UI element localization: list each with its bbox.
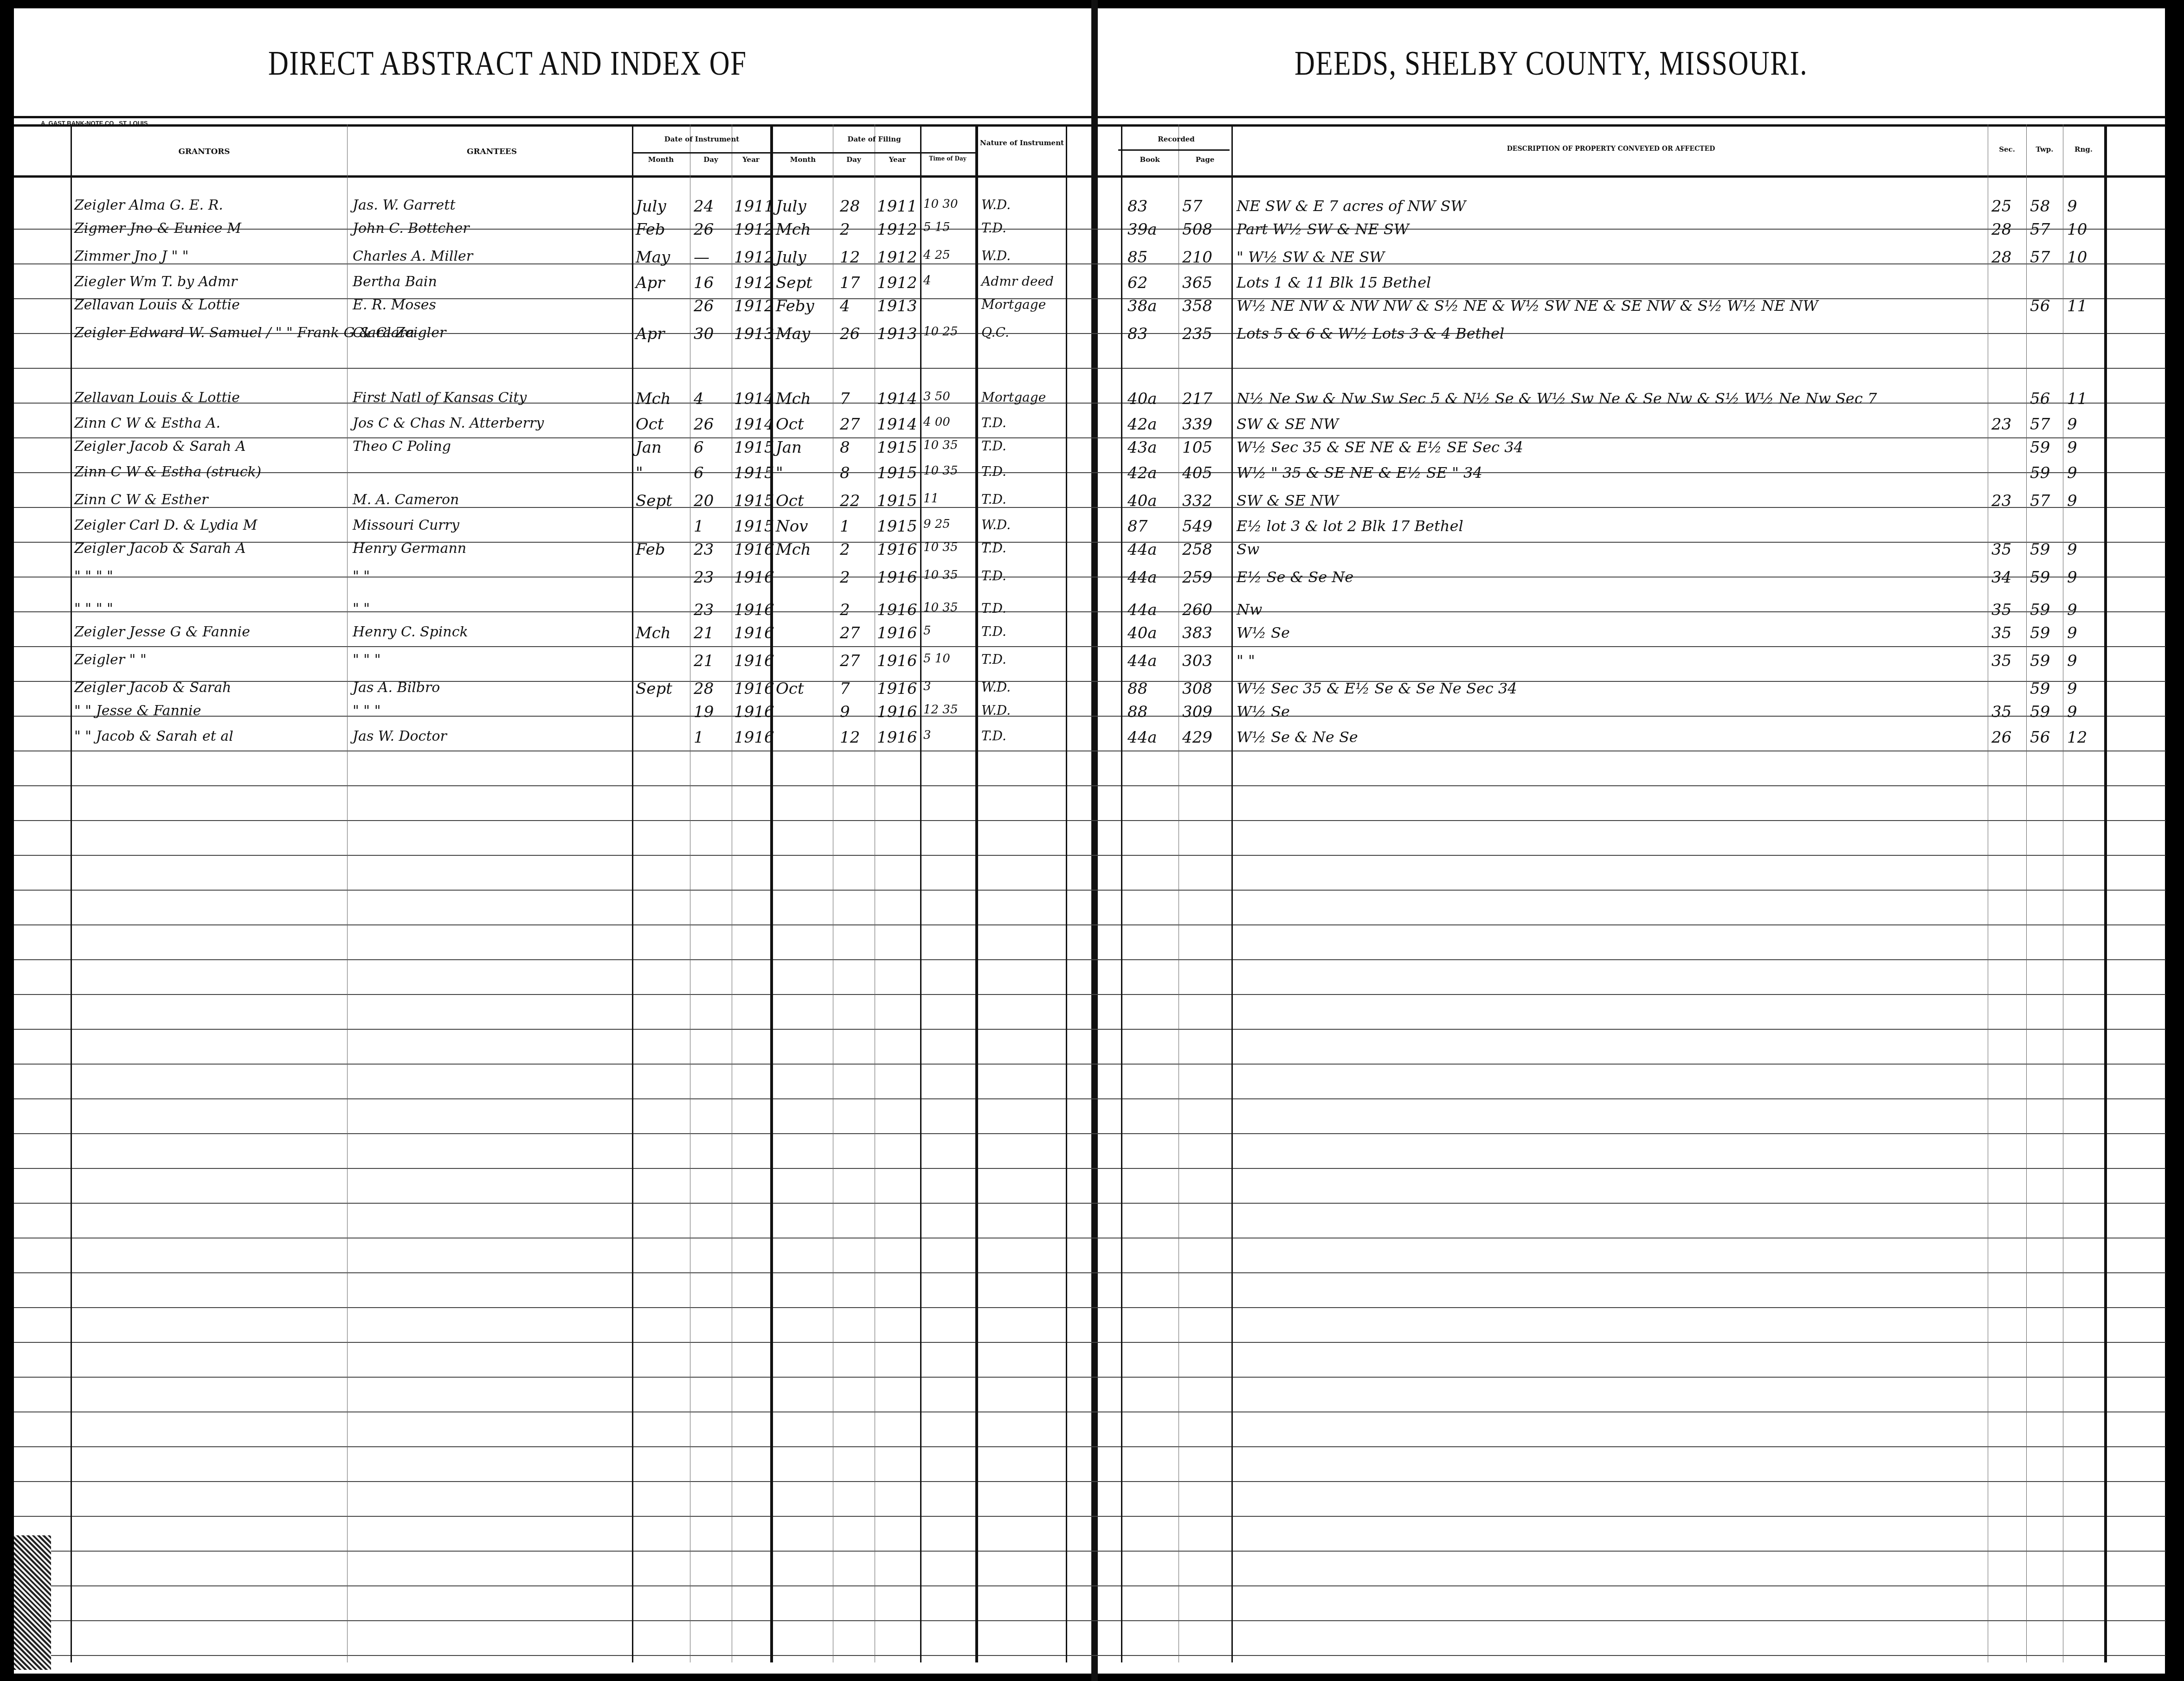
col-rule: [770, 124, 773, 1662]
grantee-cell: Charles A. Miller: [353, 248, 473, 264]
instrument-month-cell: Apr: [636, 274, 665, 292]
sec-cell: 23: [1991, 415, 2011, 434]
col-rule: [347, 124, 348, 1662]
grantor-cell: Zinn C W & Esther: [74, 492, 208, 508]
book-cell: 42a: [1127, 464, 1157, 482]
instrument-year-cell: 1916: [734, 703, 774, 721]
col-rule: [833, 124, 833, 1662]
description-cell: W½ Se: [1237, 703, 1290, 720]
rng-cell: 9: [2067, 652, 2077, 670]
time-of-day-cell: 11: [923, 492, 939, 506]
filing-day-cell: 2: [840, 540, 850, 559]
sec-cell: 34: [1991, 568, 2011, 587]
header-time-of-day: Time of Day: [920, 156, 975, 162]
description-cell: Lots 5 & 6 & W½ Lots 3 & 4 Bethel: [1237, 325, 1504, 342]
filing-day-cell: 2: [840, 568, 850, 587]
filing-day-cell: 9: [840, 703, 850, 721]
description-cell: NE SW & E 7 acres of NW SW: [1237, 197, 1466, 215]
filing-year-cell: 1912: [877, 220, 917, 239]
ledger-row: Zeigler Edward W. Samuel / " " Frank G &…: [0, 325, 2184, 353]
instrument-year-cell: 1915: [734, 464, 774, 482]
header-date-of-instrument: Date of Instrument: [633, 135, 770, 143]
grantor-cell: Zeigler Jacob & Sarah A: [74, 438, 246, 455]
page-cell: 429: [1182, 728, 1212, 747]
time-of-day-cell: 10 35: [923, 464, 958, 478]
header-date-of-filing: Date of Filing: [773, 135, 975, 143]
filing-day-cell: 17: [840, 274, 860, 292]
header-file-day: Day: [833, 156, 875, 164]
header-inst-day: Day: [690, 156, 732, 164]
filing-day-cell: 8: [840, 438, 850, 457]
twp-cell: 56: [2030, 297, 2050, 315]
header-grantors: GRANTORS: [158, 148, 251, 156]
page-cell: 309: [1182, 703, 1212, 721]
book-cell: 39a: [1127, 220, 1157, 239]
filing-day-cell: 28: [840, 197, 860, 216]
time-of-day-cell: 4: [923, 274, 931, 288]
description-cell: W½ Se: [1237, 624, 1290, 642]
instrument-day-cell: 26: [694, 415, 714, 434]
instrument-month-cell: ": [636, 464, 643, 482]
filing-year-cell: 1915: [877, 492, 917, 510]
grantee-cell: Jas A. Bilbro: [353, 680, 440, 696]
twp-cell: 56: [2030, 390, 2050, 408]
grantor-cell: " " Jacob & Sarah et al: [74, 728, 233, 744]
filing-year-cell: 1916: [877, 728, 917, 747]
filing-month-cell: Feby: [776, 297, 814, 315]
grantor-cell: " " " ": [74, 568, 113, 584]
page-cell: 217: [1182, 390, 1212, 408]
page-cell: 259: [1182, 568, 1212, 587]
filing-year-cell: 1916: [877, 568, 917, 587]
header-subrule: [632, 152, 771, 154]
twp-cell: 59: [2030, 568, 2050, 587]
book-cell: 42a: [1127, 415, 1157, 434]
filing-day-cell: 7: [840, 390, 850, 408]
col-rule: [1988, 124, 1988, 1662]
instrument-year-cell: 1915: [734, 438, 774, 457]
instrument-day-cell: 19: [694, 703, 714, 721]
time-of-day-cell: 5: [923, 624, 931, 638]
sec-cell: 35: [1991, 601, 2011, 619]
page-cell: 210: [1182, 248, 1212, 267]
nature-of-instrument-cell: T.D.: [981, 438, 1006, 454]
header-rule-top: [14, 116, 2165, 118]
description-cell: W½ Sec 35 & E½ Se & Se Ne Sec 34: [1237, 680, 1517, 697]
grantor-cell: Zeigler Jacob & Sarah: [74, 680, 231, 696]
instrument-year-cell: 1912: [734, 248, 774, 267]
filing-year-cell: 1912: [877, 248, 917, 267]
filing-year-cell: 1916: [877, 652, 917, 670]
header-subrule: [770, 152, 975, 154]
page-cell: 332: [1182, 492, 1212, 510]
filing-year-cell: 1915: [877, 464, 917, 482]
instrument-month-cell: Mch: [636, 390, 671, 408]
ledger-row: Zeigler Jacob & Sarah AHenry GermannFeb2…: [0, 540, 2184, 568]
grantor-cell: Zeigler Carl D. & Lydia M: [74, 517, 258, 533]
book-cell: 44a: [1127, 728, 1157, 747]
ledger-row: " " Jesse & Fannie" " "1919169191612 35W…: [0, 703, 2184, 731]
twp-cell: 57: [2030, 415, 2050, 434]
book-cell: 85: [1127, 248, 1147, 267]
ledger-row: Zeigler Jesse G & FannieHenry C. SpinckM…: [0, 624, 2184, 652]
filing-month-cell: Oct: [776, 415, 804, 434]
instrument-month-cell: May: [636, 248, 670, 267]
filing-month-cell: Jan: [776, 438, 802, 457]
instrument-day-cell: 23: [694, 540, 714, 559]
ledger-row: " " " "" "2319162191610 35T.D.44a259E½ S…: [0, 568, 2184, 596]
sec-cell: 23: [1991, 492, 2011, 510]
rng-cell: 9: [2067, 464, 2077, 482]
sec-cell: 25: [1991, 197, 2011, 216]
col-rule: [975, 124, 978, 1662]
page-cell: 258: [1182, 540, 1212, 559]
time-of-day-cell: 10 35: [923, 438, 958, 452]
grantor-cell: Zigmer Jno & Eunice M: [74, 220, 241, 237]
twp-cell: 57: [2030, 248, 2050, 267]
ledger-row: Zellavan Louis & LottieFirst Natl of Kan…: [0, 390, 2184, 417]
twp-cell: 59: [2030, 540, 2050, 559]
twp-cell: 56: [2030, 728, 2050, 747]
description-cell: SW & SE NW: [1237, 415, 1339, 433]
instrument-year-cell: 1916: [734, 568, 774, 587]
book-cell: 88: [1127, 703, 1147, 721]
book-cell: 44a: [1127, 601, 1157, 619]
ledger-row: Zinn C W & Estha (struck)"61915"8191510 …: [0, 464, 2184, 492]
grantee-cell: Jas W. Doctor: [353, 728, 447, 744]
col-rule: [1231, 124, 1233, 1662]
description-cell: Lots 1 & 11 Blk 15 Bethel: [1237, 274, 1431, 291]
book-cell: 87: [1127, 517, 1147, 536]
filing-day-cell: 27: [840, 415, 860, 434]
twp-cell: 59: [2030, 464, 2050, 482]
grantee-cell: E. R. Moses: [353, 297, 436, 313]
grantor-cell: Zinn C W & Estha (struck): [74, 464, 261, 480]
rng-cell: 9: [2067, 492, 2077, 510]
col-rule: [71, 124, 72, 1662]
time-of-day-cell: 4 25: [923, 248, 950, 262]
filing-month-cell: Mch: [776, 540, 811, 559]
rng-cell: 9: [2067, 415, 2077, 434]
instrument-month-cell: Sept: [636, 680, 672, 698]
grantee-cell: John C. Bottcher: [353, 220, 470, 237]
col-rule: [2104, 124, 2107, 1662]
filing-month-cell: ": [776, 464, 783, 482]
description-cell: W½ Sec 35 & SE NE & E½ SE Sec 34: [1237, 438, 1523, 456]
nature-of-instrument-cell: W.D.: [981, 680, 1011, 695]
instrument-day-cell: 21: [694, 652, 714, 670]
instrument-month-cell: Jan: [636, 438, 662, 457]
filing-year-cell: 1911: [877, 197, 917, 216]
filing-month-cell: July: [776, 248, 806, 267]
page-cell: 383: [1182, 624, 1212, 642]
book-cell: 44a: [1127, 652, 1157, 670]
ledger-row: Zellavan Louis & LottieE. R. Moses261912…: [0, 297, 2184, 325]
instrument-day-cell: 23: [694, 601, 714, 619]
book-cell: 44a: [1127, 540, 1157, 559]
book-cell: 38a: [1127, 297, 1157, 315]
col-rule: [2063, 124, 2063, 1662]
time-of-day-cell: 3 50: [923, 390, 950, 404]
nature-of-instrument-cell: W.D.: [981, 248, 1011, 263]
filing-day-cell: 27: [840, 624, 860, 642]
instrument-year-cell: 1912: [734, 220, 774, 239]
page-cell: 405: [1182, 464, 1212, 482]
header-recorded: Recorded: [1121, 135, 1231, 143]
page-cell: 235: [1182, 325, 1212, 343]
nature-of-instrument-cell: T.D.: [981, 624, 1006, 639]
rng-cell: 10: [2067, 220, 2087, 239]
page-cell: 105: [1182, 438, 1212, 457]
instrument-year-cell: 1916: [734, 540, 774, 559]
grantee-cell: Bertha Bain: [353, 274, 437, 290]
description-cell: E½ Se & Se Ne: [1237, 568, 1353, 586]
instrument-year-cell: 1916: [734, 624, 774, 642]
instrument-month-cell: Mch: [636, 624, 671, 642]
header-sec: Sec.: [1988, 146, 2026, 154]
header-file-year: Year: [875, 156, 920, 164]
nature-of-instrument-cell: T.D.: [981, 415, 1006, 430]
sec-cell: 35: [1991, 540, 2011, 559]
header-page: Page: [1179, 156, 1231, 164]
col-rule: [732, 124, 732, 1662]
nature-of-instrument-cell: Mortgage: [981, 297, 1046, 312]
grantor-cell: Zeigler " ": [74, 652, 147, 668]
grantee-cell: Theo C Poling: [353, 438, 451, 455]
grantee-cell: Missouri Curry: [353, 517, 459, 533]
time-of-day-cell: 9 25: [923, 517, 950, 531]
filing-day-cell: 12: [840, 728, 860, 747]
filing-day-cell: 1: [840, 517, 850, 536]
instrument-month-cell: Oct: [636, 415, 664, 434]
instrument-month-cell: Feb: [636, 540, 665, 559]
instrument-month-cell: July: [636, 197, 666, 216]
nature-of-instrument-cell: T.D.: [981, 652, 1006, 667]
nature-of-instrument-cell: T.D.: [981, 220, 1006, 236]
header-subrule: [1118, 149, 1230, 151]
page-cell: 508: [1182, 220, 1212, 239]
description-cell: N½ Ne Sw & Nw Sw Sec 5 & N½ Se & W½ Sw N…: [1237, 390, 1877, 407]
filing-year-cell: 1915: [877, 517, 917, 536]
rng-cell: 10: [2067, 248, 2087, 267]
time-of-day-cell: 10 35: [923, 568, 958, 582]
rng-cell: 9: [2067, 197, 2077, 216]
sec-cell: 35: [1991, 652, 2011, 670]
grantee-cell: Henry C. Spinck: [353, 624, 468, 640]
header-twp: Twp.: [2026, 146, 2063, 154]
description-cell: W½ NE NW & NW NW & S½ NE & W½ SW NE & SE…: [1237, 297, 1818, 314]
filing-year-cell: 1913: [877, 297, 917, 315]
book-cell: 40a: [1127, 390, 1157, 408]
grantor-cell: " " " ": [74, 601, 113, 617]
grantor-cell: Zeigler Jacob & Sarah A: [74, 540, 246, 557]
nature-of-instrument-cell: W.D.: [981, 197, 1011, 212]
page-cell: 549: [1182, 517, 1212, 536]
rng-cell: 9: [2067, 601, 2077, 619]
instrument-day-cell: 30: [694, 325, 714, 343]
twp-cell: 59: [2030, 703, 2050, 721]
filing-day-cell: 27: [840, 652, 860, 670]
ledger-row: Zigmer Jno & Eunice MJohn C. BottcherFeb…: [0, 220, 2184, 248]
filing-month-cell: Nov: [776, 517, 808, 536]
nature-of-instrument-cell: T.D.: [981, 464, 1006, 479]
instrument-day-cell: 21: [694, 624, 714, 642]
filing-day-cell: 2: [840, 601, 850, 619]
instrument-day-cell: 1: [694, 728, 704, 747]
grantee-cell: " ": [353, 601, 370, 617]
col-rule: [690, 124, 690, 1662]
description-cell: " ": [1237, 652, 1255, 669]
book-cell: 44a: [1127, 568, 1157, 587]
header-book: Book: [1121, 156, 1179, 164]
filing-year-cell: 1916: [877, 601, 917, 619]
instrument-day-cell: 1: [694, 517, 704, 536]
instrument-day-cell: 4: [694, 390, 704, 408]
time-of-day-cell: 10 25: [923, 325, 958, 339]
filing-month-cell: Mch: [776, 390, 811, 408]
nature-of-instrument-cell: T.D.: [981, 540, 1006, 556]
rng-cell: 9: [2067, 703, 2077, 721]
book-cell: 40a: [1127, 492, 1157, 510]
instrument-month-cell: Feb: [636, 220, 665, 239]
col-rule: [1179, 124, 1179, 1662]
time-of-day-cell: 10 30: [923, 197, 958, 211]
header-rule-second: [14, 124, 2165, 127]
instrument-day-cell: 16: [694, 274, 714, 292]
twp-cell: 59: [2030, 438, 2050, 457]
header-nature-of-instrument: Nature of Instrument: [978, 139, 1066, 147]
column-header-rule: [14, 175, 2165, 178]
instrument-day-cell: —: [694, 248, 709, 267]
instrument-month-cell: Sept: [636, 492, 672, 510]
sec-cell: 28: [1991, 220, 2011, 239]
nature-of-instrument-cell: T.D.: [981, 601, 1006, 616]
description-cell: E½ lot 3 & lot 2 Blk 17 Bethel: [1237, 517, 1463, 535]
grantee-cell: " " ": [353, 652, 380, 668]
header-file-month: Month: [773, 156, 833, 164]
grantor-cell: Zimmer Jno J " ": [74, 248, 189, 264]
book-cell: 40a: [1127, 624, 1157, 642]
instrument-day-cell: 20: [694, 492, 714, 510]
header-description: DESCRIPTION OF PROPERTY CONVEYED OR AFFE…: [1234, 146, 1988, 153]
page-cell: 260: [1182, 601, 1212, 619]
book-cell: 62: [1127, 274, 1147, 292]
description-cell: W½ Se & Ne Se: [1237, 728, 1358, 746]
filing-day-cell: 7: [840, 680, 850, 698]
ledger-row: " " Jacob & Sarah et alJas W. Doctor1191…: [0, 728, 2184, 756]
grantee-cell: First Natl of Kansas City: [353, 390, 527, 406]
filing-year-cell: 1912: [877, 274, 917, 292]
filing-day-cell: 2: [840, 220, 850, 239]
time-of-day-cell: 3: [923, 680, 931, 693]
instrument-year-cell: 1914: [734, 415, 774, 434]
filing-month-cell: Oct: [776, 680, 804, 698]
filing-day-cell: 8: [840, 464, 850, 482]
ledger-row: Zeigler Jacob & Sarah ATheo C PolingJan6…: [0, 438, 2184, 466]
description-cell: Nw: [1237, 601, 1262, 618]
instrument-year-cell: 1912: [734, 297, 774, 315]
nature-of-instrument-cell: T.D.: [981, 728, 1006, 744]
twp-cell: 59: [2030, 601, 2050, 619]
grantee-cell: Henry Germann: [353, 540, 466, 557]
instrument-year-cell: 1914: [734, 390, 774, 408]
twp-cell: 57: [2030, 220, 2050, 239]
description-cell: Sw: [1237, 540, 1259, 558]
instrument-month-cell: Apr: [636, 325, 665, 343]
instrument-year-cell: 1915: [734, 492, 774, 510]
page-cell: 57: [1182, 197, 1202, 216]
description-cell: Part W½ SW & NE SW: [1237, 220, 1409, 238]
nature-of-instrument-cell: T.D.: [981, 568, 1006, 584]
filing-month-cell: July: [776, 197, 806, 216]
filing-year-cell: 1913: [877, 325, 917, 343]
filing-year-cell: 1916: [877, 624, 917, 642]
ledger-row: Zimmer Jno J " "Charles A. MillerMay—191…: [0, 248, 2184, 276]
twp-cell: 59: [2030, 624, 2050, 642]
ledger-row: Zeigler " "" " "2119162719165 10T.D.44a3…: [0, 652, 2184, 680]
filing-day-cell: 4: [840, 297, 850, 315]
grantee-cell: Jas. W. Garrett: [353, 197, 455, 213]
instrument-day-cell: 6: [694, 438, 704, 457]
col-rule: [920, 124, 921, 1662]
rng-cell: 9: [2067, 568, 2077, 587]
filing-year-cell: 1914: [877, 415, 917, 434]
filing-year-cell: 1915: [877, 438, 917, 457]
grantee-cell: M. A. Cameron: [353, 492, 459, 508]
grantor-cell: Zellavan Louis & Lottie: [74, 297, 240, 313]
twp-cell: 57: [2030, 492, 2050, 510]
time-of-day-cell: 12 35: [923, 703, 958, 717]
filing-year-cell: 1914: [877, 390, 917, 408]
grantor-cell: Ziegler Wm T. by Admr: [74, 274, 237, 290]
page-cell: 365: [1182, 274, 1212, 292]
filing-day-cell: 22: [840, 492, 860, 510]
col-rule: [632, 124, 633, 1662]
grantor-cell: Zeigler Alma G. E. R.: [74, 197, 223, 213]
twp-cell: 58: [2030, 197, 2050, 216]
rng-cell: 9: [2067, 680, 2077, 698]
nature-of-instrument-cell: Q.C.: [981, 325, 1009, 340]
nature-of-instrument-cell: Admr deed: [981, 274, 1054, 289]
book-cell: 83: [1127, 197, 1147, 216]
instrument-year-cell: 1916: [734, 601, 774, 619]
page-cell: 303: [1182, 652, 1212, 670]
page-cell: 339: [1182, 415, 1212, 434]
grantee-cell: " " ": [353, 703, 380, 719]
instrument-day-cell: 24: [694, 197, 714, 216]
nature-of-instrument-cell: W.D.: [981, 703, 1011, 718]
instrument-day-cell: 26: [694, 297, 714, 315]
description-cell: W½ " 35 & SE NE & E½ SE " 34: [1237, 464, 1482, 481]
filing-day-cell: 12: [840, 248, 860, 267]
instrument-year-cell: 1915: [734, 517, 774, 536]
nature-of-instrument-cell: Mortgage: [981, 390, 1046, 405]
col-rule: [2026, 124, 2027, 1662]
description-cell: " W½ SW & NE SW: [1237, 248, 1385, 266]
rng-cell: 9: [2067, 540, 2077, 559]
instrument-day-cell: 28: [694, 680, 714, 698]
filing-year-cell: 1916: [877, 540, 917, 559]
filing-year-cell: 1916: [877, 680, 917, 698]
torn-binding-edge: [14, 1535, 51, 1670]
grantor-cell: Zeigler Jesse G & Fannie: [74, 624, 250, 640]
col-rule: [1066, 124, 1067, 1662]
grantor-cell: Zellavan Louis & Lottie: [74, 390, 240, 406]
instrument-year-cell: 1916: [734, 652, 774, 670]
page-cell: 358: [1182, 297, 1212, 315]
header-grantees: GRANTEES: [436, 148, 548, 156]
instrument-day-cell: 6: [694, 464, 704, 482]
